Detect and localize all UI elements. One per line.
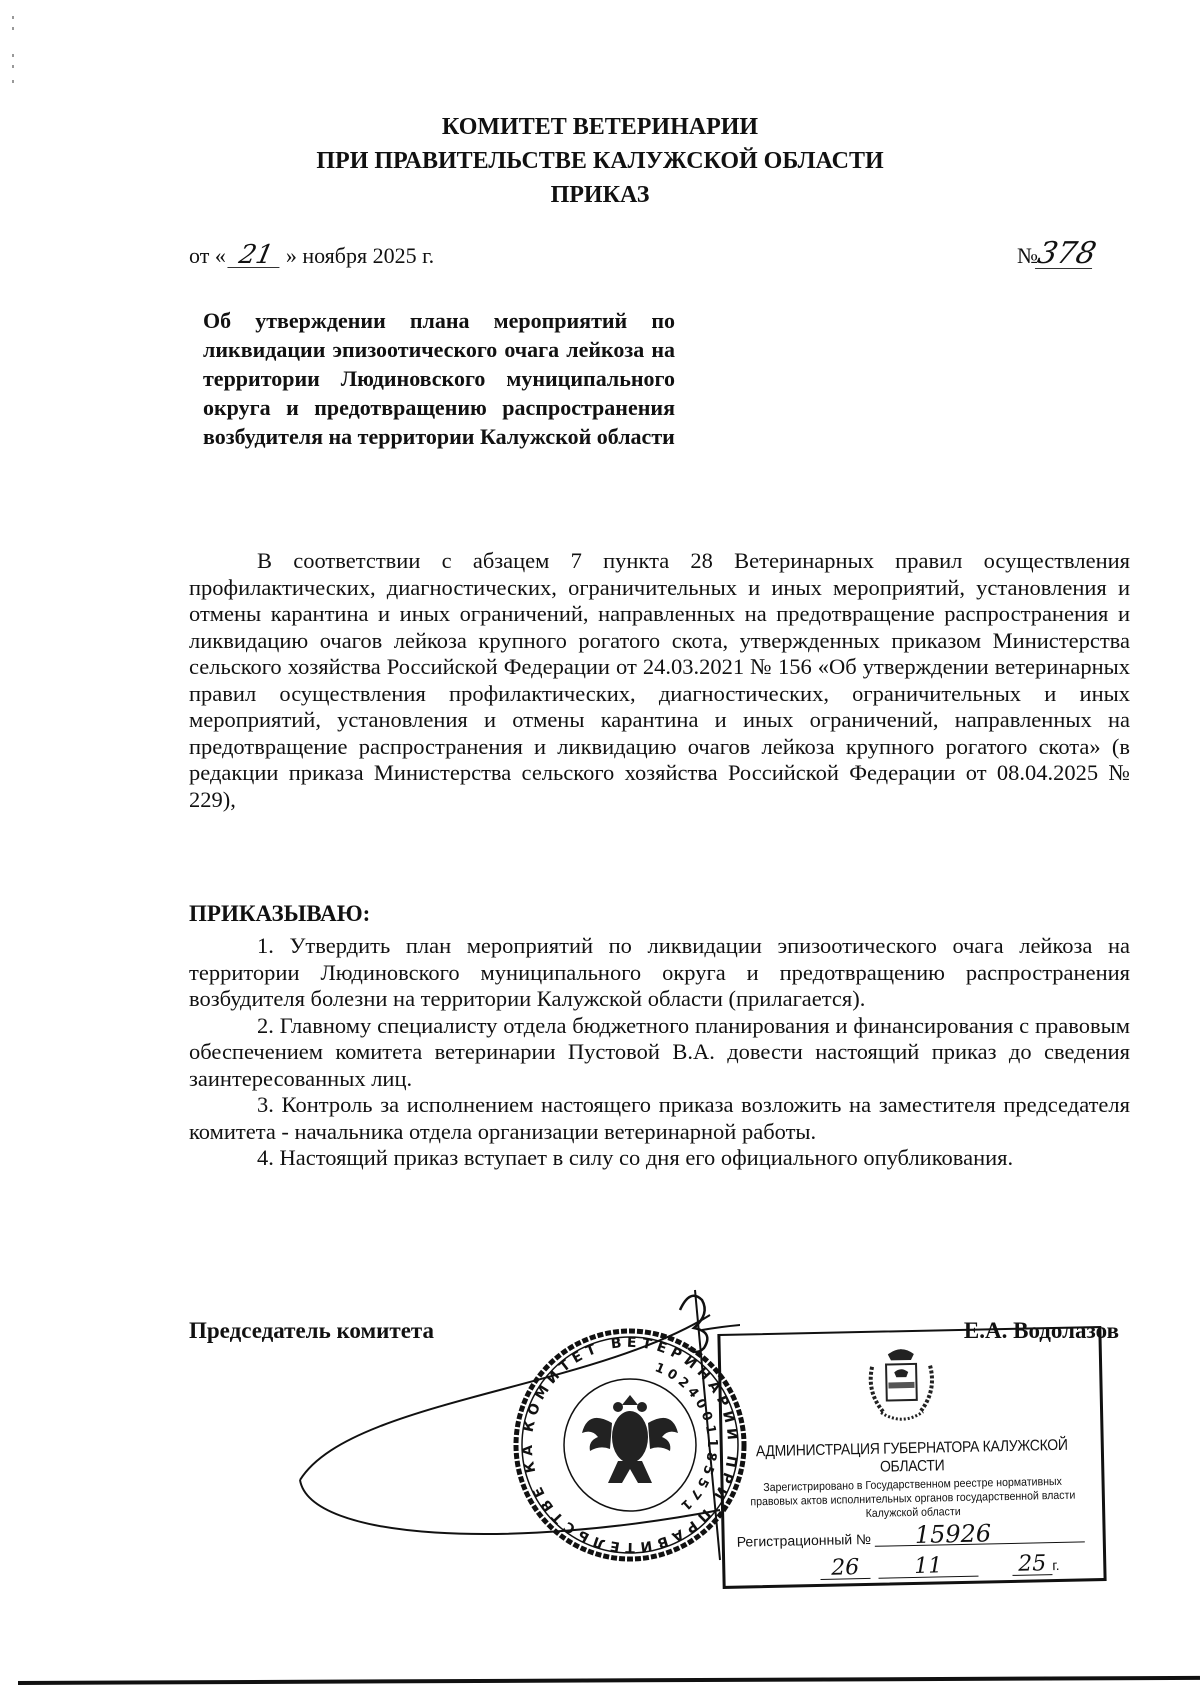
document-type: ПРИКАЗ xyxy=(0,178,1200,212)
organization-header: КОМИТЕТ ВЕТЕРИНАРИИ ПРИ ПРАВИТЕЛЬСТВЕ КА… xyxy=(0,110,1200,178)
order-heading: ПРИКАЗЫВАЮ: xyxy=(189,901,370,927)
order-item-1: 1. Утвердить план мероприятий по ликвида… xyxy=(189,933,1130,1013)
order-item-2: 2. Главному специалисту отдела бюджетног… xyxy=(189,1013,1130,1093)
order-items: 1. Утвердить план мероприятий по ликвида… xyxy=(189,933,1130,1172)
order-item-4: 4. Настоящий приказ вступает в силу со д… xyxy=(189,1145,1130,1172)
registration-date: 261125г. xyxy=(820,1551,1060,1581)
registration-day: 26 xyxy=(820,1558,870,1580)
handwritten-signature-icon xyxy=(290,1280,740,1580)
registration-number-handwritten: 15926 xyxy=(875,1521,1085,1546)
registration-month: 11 xyxy=(878,1556,978,1579)
scan-artifact xyxy=(12,80,14,83)
preamble-paragraph: В соответствии с абзацем 7 пункта 28 Вет… xyxy=(189,548,1130,813)
document-page: КОМИТЕТ ВЕТЕРИНАРИИ ПРИ ПРАВИТЕЛЬСТВЕ КА… xyxy=(0,0,1200,1693)
document-subject: Об утверждении плана мероприятий по ликв… xyxy=(203,306,675,451)
date-prefix: от « xyxy=(189,243,226,268)
scan-artifact xyxy=(12,54,14,57)
scan-artifact xyxy=(12,65,14,68)
registration-year-suffix: г. xyxy=(1052,1555,1060,1575)
registration-stamp: АДМИНИСТРАЦИЯ ГУБЕРНАТОРА КАЛУЖСКОЙ ОБЛА… xyxy=(717,1326,1106,1589)
registration-number-row: Регистрационный № 15926 xyxy=(736,1521,1096,1550)
page-bottom-edge xyxy=(18,1676,1200,1685)
document-date: от «21» ноября 2025 г. xyxy=(189,243,434,269)
document-number: №378 xyxy=(1017,240,1095,269)
number-handwritten: 378 xyxy=(1035,240,1098,269)
organization-line-1: КОМИТЕТ ВЕТЕРИНАРИИ xyxy=(0,110,1200,144)
organization-line-2: ПРИ ПРАВИТЕЛЬСТВЕ КАЛУЖСКОЙ ОБЛАСТИ xyxy=(0,144,1200,178)
date-day-handwritten: 21 xyxy=(227,243,284,268)
scan-artifact xyxy=(12,16,14,19)
registration-year: 25 xyxy=(1012,1554,1052,1576)
date-suffix: » ноября 2025 г. xyxy=(286,243,434,268)
order-item-3: 3. Контроль за исполнением настоящего пр… xyxy=(189,1092,1130,1145)
registration-authority: АДМИНИСТРАЦИЯ ГУБЕРНАТОРА КАЛУЖСКОЙ ОБЛА… xyxy=(742,1436,1083,1479)
registration-number-label: Регистрационный № xyxy=(737,1531,872,1550)
scan-artifact xyxy=(12,27,14,30)
kaluga-coat-of-arms-icon xyxy=(866,1345,938,1424)
